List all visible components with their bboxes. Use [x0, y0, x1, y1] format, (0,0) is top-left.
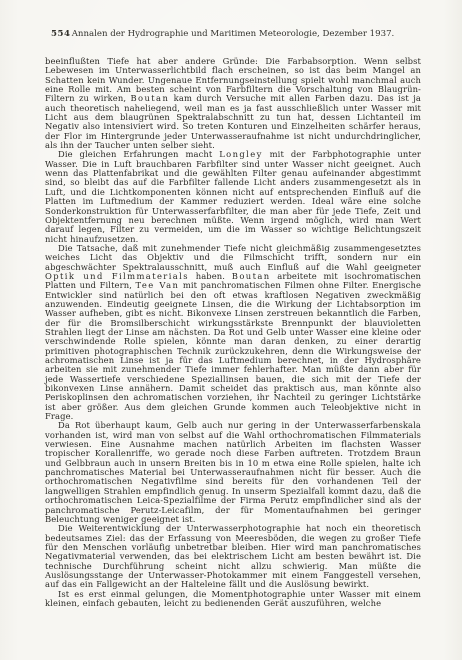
running-title: Annalen der Hydrographie und Maritimen M…: [45, 28, 421, 40]
paragraph: Da Rot überhaupt kaum, Gelb auch nur ger…: [45, 421, 421, 524]
paragraph: Ist es erst einmal gelungen, die Momentp…: [45, 590, 421, 609]
article-body: beeinflußten Tiefe hat aber andere Gründ…: [45, 57, 421, 608]
page-content: 554 Annalen der Hydrographie und Maritim…: [45, 28, 421, 608]
paragraph: Die Tatsache, daß mit zunehmender Tiefe …: [45, 244, 421, 422]
paragraph: beeinflußten Tiefe hat aber andere Gründ…: [45, 57, 421, 150]
paragraph: Die gleichen Erfahrungen macht Longley m…: [45, 150, 421, 243]
page-number: 554: [51, 28, 70, 40]
paragraph: Die Weiterentwicklung der Unterwasserpho…: [45, 524, 421, 589]
page-header: 554 Annalen der Hydrographie und Maritim…: [45, 28, 421, 40]
scanned-journal-page: 554 Annalen der Hydrographie und Maritim…: [0, 0, 462, 660]
